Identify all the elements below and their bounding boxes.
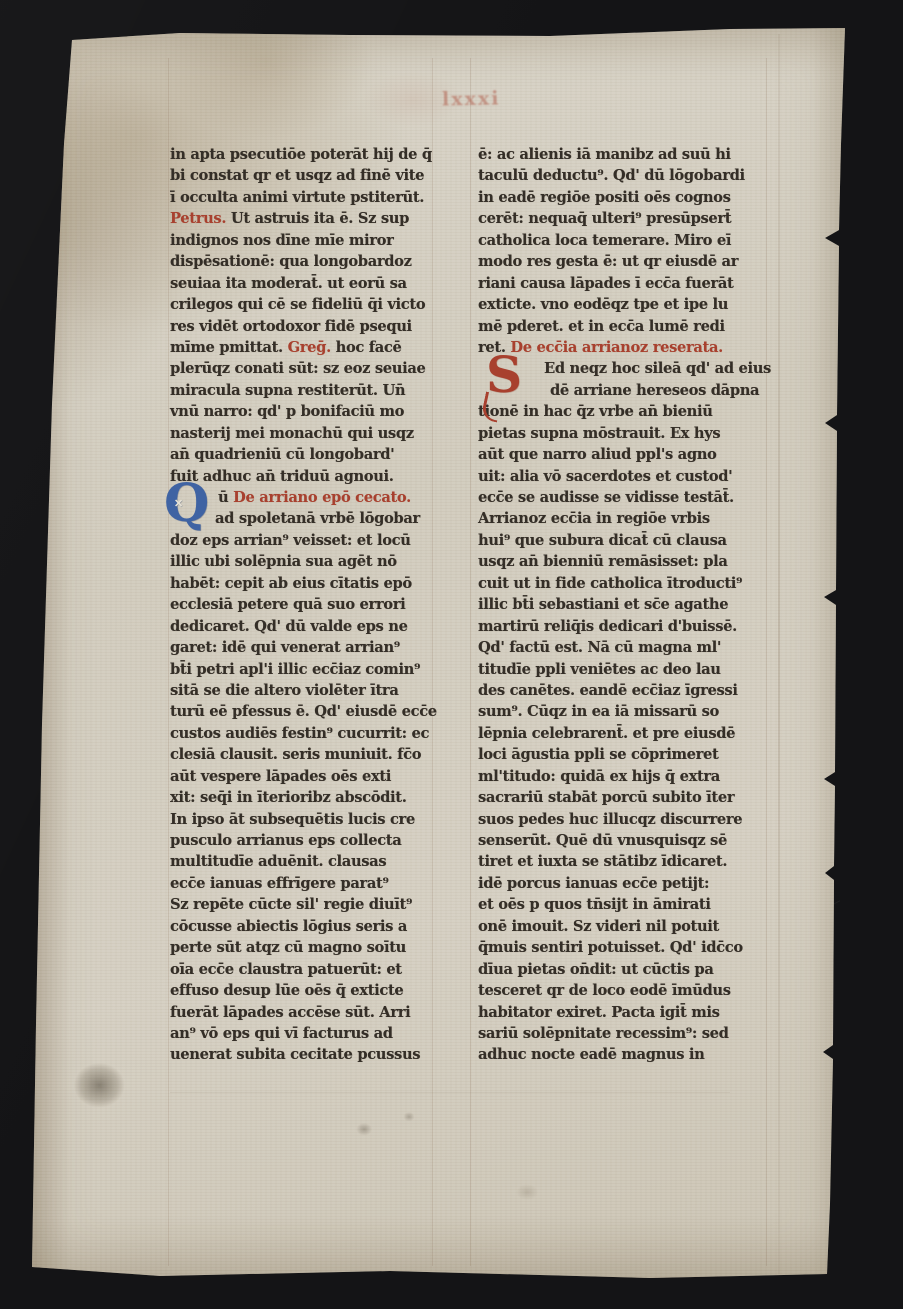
text-line: vnū narro: qd' p bonifaciū mo <box>170 401 452 422</box>
body-text: usqz an̄ bienniū remāsisset: pla <box>478 553 728 570</box>
text-line: hui⁹ que subura dicat̄ cū clausa <box>478 530 774 551</box>
text-line: riani causa lāpades ī ecc̄a fuerāt <box>478 273 774 294</box>
body-text: plerūqz conati sūt: sz eoz seuiae <box>170 360 425 377</box>
text-column-right: ē: ac alienis iā manibz ad suū hitaculū … <box>478 144 774 1066</box>
body-text: ecc̄e se audisse se vidisse testāt̄. <box>478 489 734 506</box>
body-text: nasterij mei monachū qui usqz <box>170 425 414 442</box>
text-line: ecc̄e se audisse se vidisse testāt̄. <box>478 487 774 508</box>
body-text: fuit adhuc an̄ triduū agnoui. <box>170 468 394 485</box>
body-text: des canētes. eandē ecc̄iaz īgressi <box>478 682 738 699</box>
text-line: mē pderet. et in ecc̄a lumē redi <box>478 316 774 337</box>
body-text: dīua pietas on̄dit: ut cūctis pa <box>478 961 713 978</box>
body-text: mē pderet. et in ecc̄a lumē redi <box>478 318 725 335</box>
text-line: an̄ quadrieniū cū longobard' <box>170 444 452 465</box>
text-line: cuit ut in fide catholica ītroducti⁹ <box>478 573 774 594</box>
text-line: Qd' factū est. Nā cū magna ml' <box>478 637 774 658</box>
body-text: ecclesiā petere quā suo errori <box>170 596 405 613</box>
body-text: cuit ut in fide catholica ītroducti⁹ <box>478 575 742 592</box>
text-line: senserūt. Quē dū vnusquisqz sē <box>478 830 774 851</box>
body-text: riani causa lāpades ī ecc̄a fuerāt <box>478 275 733 292</box>
text-line: ml'titudo: quidā ex hijs q̄ extra <box>478 766 774 787</box>
body-text: Sz repēte cūcte sil' regie diuīt⁹ <box>170 896 412 913</box>
text-line: Petrus. Ut astruis ita ē. Sz sup <box>170 208 452 229</box>
photo-background: lxxxi in apta psecutiōe poterāt hij de q… <box>0 0 903 1309</box>
body-text: senserūt. Quē dū vnusquisqz sē <box>478 832 727 849</box>
text-line: titudīe ppli veniētes ac deo lau <box>478 659 774 680</box>
rubric-text: De ecc̄ia arrianoz reserata. <box>510 339 723 356</box>
text-line: mīme pmittat. Greḡ. hoc facē <box>170 337 452 358</box>
text-line: oīa ecc̄e claustra patuerūt: et <box>170 959 452 980</box>
body-text: ad spoletanā vrbē lōgobar <box>215 510 420 527</box>
body-text: dedicaret. Qd' dū valde eps ne <box>170 618 408 635</box>
text-line: cōcusse abiectis lōgius seris a <box>170 916 452 937</box>
body-text: ml'titudo: quidā ex hijs q̄ extra <box>478 768 720 785</box>
text-line: tesceret qr de loco eodē īmūdus <box>478 980 774 1001</box>
body-text: doz eps arrian⁹ veisset: et locū <box>170 532 411 549</box>
body-text: lēpnia celebrarent̄. et pre eiusdē <box>478 725 735 742</box>
text-line: sitā se die altero violēter ītra <box>170 680 452 701</box>
body-text: adhuc nocte eadē magnus in <box>478 1046 704 1063</box>
text-line: ad spoletanā vrbē lōgobar <box>170 508 452 529</box>
text-line: doz eps arrian⁹ veisset: et locū <box>170 530 452 551</box>
text-line: tiret et iuxta se stātibz īdicaret. <box>478 851 774 872</box>
text-line: des canētes. eandē ecc̄iaz īgressi <box>478 680 774 701</box>
text-line: xit: seq̄i in īterioribz abscōdit. <box>170 787 452 808</box>
text-line: clesiā clausit. seris muniuit. fc̄o <box>170 744 452 765</box>
body-text: aūt vespere lāpades oēs exti <box>170 768 391 785</box>
text-line: cerēt: nequaq̄ ulteri⁹ presūpsert̄ <box>478 208 774 229</box>
text-line: modo res gesta ē: ut qr eiusdē ar <box>478 251 774 272</box>
body-text: res vidēt ortodoxor fidē psequi <box>170 318 412 335</box>
body-text: Arrianoz ecc̄ia in regiōe vrbis <box>478 510 710 527</box>
text-line: aūt vespere lāpades oēs exti <box>170 766 452 787</box>
ruling-line-col1-left <box>168 58 169 1266</box>
text-line: ī occulta animi virtute pstiterūt. <box>170 187 452 208</box>
text-line: pusculo arrianus eps collecta <box>170 830 452 851</box>
text-line: dispēsationē: qua longobardoz <box>170 251 452 272</box>
body-text: hoc facē <box>331 339 402 356</box>
body-text: Qd' factū est. Nā cū magna ml' <box>478 639 721 656</box>
text-line: q̄muis sentiri potuisset. Qd' idc̄co <box>478 937 774 958</box>
body-text: pietas supna mōstrauit. Ex hys <box>478 425 720 442</box>
rubric-text: Petrus. <box>170 210 226 227</box>
text-line: seuiaa ita moderat̄. ut eorū sa <box>170 273 452 294</box>
fold-crease <box>778 34 780 1274</box>
body-text: onē imouit. Sz videri nil potuit <box>478 918 719 935</box>
body-text: turū eē pfessus ē. Qd' eiusdē ecc̄e <box>170 703 437 720</box>
text-line: suos pedes huc illucqz discurrere <box>478 809 774 830</box>
body-text: in apta psecutiōe poterāt hij de q̄ <box>170 146 432 163</box>
text-line: an⁹ vō eps qui vī facturus ad <box>170 1023 452 1044</box>
body-text: titudīe ppli veniētes ac deo lau <box>478 661 721 678</box>
body-text: bt̄i petri apl'i illic ecc̄iaz comin⁹ <box>170 661 420 678</box>
body-text: tionē in hac q̄z vrbe an̄ bieniū <box>478 403 713 420</box>
text-line: fuerāt lāpades accēse sūt. Arri <box>170 1002 452 1023</box>
text-line: habitator exiret. Pacta igit̄ mis <box>478 1002 774 1023</box>
body-text: cōcusse abiectis lōgius seris a <box>170 918 407 935</box>
body-text: an⁹ vō eps qui vī facturus ad <box>170 1025 393 1042</box>
text-line: adhuc nocte eadē magnus in <box>478 1044 774 1065</box>
text-line: sariū solēpnitate recessim⁹: sed <box>478 1023 774 1044</box>
body-text: illic bt̄i sebastiani et sc̄e agathe <box>478 596 728 613</box>
body-text: cerēt: nequaq̄ ulteri⁹ presūpsert̄ <box>478 210 731 227</box>
text-line: usqz an̄ bienniū remāsisset: pla <box>478 551 774 572</box>
body-text: ecc̄e ianuas effrīgere parat⁹ <box>170 875 389 892</box>
body-text: tiret et iuxta se stātibz īdicaret. <box>478 853 727 870</box>
text-line: illic bt̄i sebastiani et sc̄e agathe <box>478 594 774 615</box>
body-text: q̄muis sentiri potuisset. Qd' idc̄co <box>478 939 743 956</box>
body-text: taculū deductu⁹. Qd' dū lōgobardi <box>478 167 745 184</box>
text-line: crilegos qui cē se fideliū q̄i victo <box>170 294 452 315</box>
body-text: pusculo arrianus eps collecta <box>170 832 401 849</box>
body-text: multitudīe aduēnit. clausas <box>170 853 386 870</box>
body-text: xit: seq̄i in īterioribz abscōdit. <box>170 789 407 806</box>
ruling-line-horizontal <box>170 1092 730 1093</box>
text-line: et oēs p quos tn̄sijt in āmirati <box>478 894 774 915</box>
body-text: mīme pmittat. <box>170 339 288 356</box>
body-text: indignos nos dīne mīe miror <box>170 232 393 249</box>
text-line: pietas supna mōstrauit. Ex hys <box>478 423 774 444</box>
body-text: uit: alia vō sacerdotes et custod' <box>478 468 732 485</box>
body-text: effuso desup lūe oēs q̄ exticte <box>170 982 403 999</box>
text-line: Ed neqz hoc sileā qd' ad eius <box>478 358 774 379</box>
body-text: sariū solēpnitate recessim⁹: sed <box>478 1025 729 1042</box>
body-text: ī occulta animi virtute pstiterūt. <box>170 189 424 206</box>
folio-number: lxxxi <box>442 87 501 110</box>
text-line: bi constat qr et usqz ad finē vite <box>170 165 452 186</box>
body-text: clesiā clausit. seris muniuit. fc̄o <box>170 746 421 763</box>
body-text: bi constat qr et usqz ad finē vite <box>170 167 424 184</box>
text-line: loci āgustia ppli se cōprimeret <box>478 744 774 765</box>
body-text: ē: ac alienis iā manibz ad suū hi <box>478 146 731 163</box>
body-text: ū <box>218 489 233 506</box>
body-text: sacrariū stabāt porcū subito īter <box>478 789 734 806</box>
ruling-line-col2-left <box>470 58 471 1266</box>
text-line: garet: idē qui venerat arrian⁹ <box>170 637 452 658</box>
body-text: catholica loca temerare. Miro eī <box>478 232 731 249</box>
text-column-left: in apta psecutiōe poterāt hij de q̄bi co… <box>170 144 452 1066</box>
body-text: habitator exiret. Pacta igit̄ mis <box>478 1004 720 1021</box>
text-line: ecclesiā petere quā suo errori <box>170 594 452 615</box>
text-line: effuso desup lūe oēs q̄ exticte <box>170 980 452 1001</box>
body-text: hui⁹ que subura dicat̄ cū clausa <box>478 532 727 549</box>
body-text: et oēs p quos tn̄sijt in āmirati <box>478 896 711 913</box>
text-line: multitudīe aduēnit. clausas <box>170 851 452 872</box>
text-line: ecc̄e ianuas effrīgere parat⁹ <box>170 873 452 894</box>
text-line: plerūqz conati sūt: sz eoz seuiae <box>170 358 452 379</box>
text-line: miracula supna restiterūt. Un̄ <box>170 380 452 401</box>
text-line: bt̄i petri apl'i illic ecc̄iaz comin⁹ <box>170 659 452 680</box>
text-line: Arrianoz ecc̄ia in regiōe vrbis <box>478 508 774 529</box>
body-text: aūt que narro aliud ppl's agno <box>478 446 717 463</box>
body-text: modo res gesta ē: ut qr eiusdē ar <box>478 253 738 270</box>
text-line: tionē in hac q̄z vrbe an̄ bieniū <box>478 401 774 422</box>
body-text: oīa ecc̄e claustra patuerūt: et <box>170 961 402 978</box>
text-line: exticte. vno eodēqz tpe et ipe lu <box>478 294 774 315</box>
text-line: aūt que narro aliud ppl's agno <box>478 444 774 465</box>
text-line: martirū reliq̄is dedicari d'buissē. <box>478 616 774 637</box>
text-line: indignos nos dīne mīe miror <box>170 230 452 251</box>
body-text: an̄ quadrieniū cū longobard' <box>170 446 394 463</box>
body-text: Ut astruis ita ē. Sz sup <box>226 210 409 227</box>
text-line: lēpnia celebrarent̄. et pre eiusdē <box>478 723 774 744</box>
body-text: illic ubi solēpnia sua agēt nō <box>170 553 397 570</box>
body-text: idē porcus ianuas ecc̄e petijt: <box>478 875 709 892</box>
body-text: Ed neqz hoc sileā qd' ad eius <box>544 360 771 377</box>
rubric-text: De arriano epō cecato. <box>233 489 411 506</box>
body-text: in eadē regiōe positi oēs cognos <box>478 189 731 206</box>
text-line: turū eē pfessus ē. Qd' eiusdē ecc̄e <box>170 701 452 722</box>
body-text: sitā se die altero violēter ītra <box>170 682 398 699</box>
text-line: uenerat subita cecitate pcussus <box>170 1044 452 1065</box>
text-line: res vidēt ortodoxor fidē psequi <box>170 316 452 337</box>
text-line: dē arriane hereseos dāpna <box>478 380 774 401</box>
text-line: habēt: cepit ab eius cītatis epō <box>170 573 452 594</box>
body-text: fuerāt lāpades accēse sūt. Arri <box>170 1004 410 1021</box>
body-text: ret. <box>478 339 510 356</box>
text-line: in eadē regiōe positi oēs cognos <box>478 187 774 208</box>
text-line: dīua pietas on̄dit: ut cūctis pa <box>478 959 774 980</box>
text-line: dedicaret. Qd' dū valde eps ne <box>170 616 452 637</box>
text-line: custos audiēs festin⁹ cucurrit: ec <box>170 723 452 744</box>
text-line: perte sūt atqz cū magno soītu <box>170 937 452 958</box>
body-text: habēt: cepit ab eius cītatis epō <box>170 575 412 592</box>
body-text: vnū narro: qd' p bonifaciū mo <box>170 403 404 420</box>
body-text: dispēsationē: qua longobardoz <box>170 253 412 270</box>
body-text: loci āgustia ppli se cōprimeret <box>478 746 718 763</box>
body-text: uenerat subita cecitate pcussus <box>170 1046 420 1063</box>
body-text: crilegos qui cē se fideliū q̄i victo <box>170 296 425 313</box>
text-line: nasterij mei monachū qui usqz <box>170 423 452 444</box>
body-text: martirū reliq̄is dedicari d'buissē. <box>478 618 737 635</box>
text-line: ū De arriano epō cecato. <box>170 487 452 508</box>
body-text: tesceret qr de loco eodē īmūdus <box>478 982 731 999</box>
text-line: ret. De ecc̄ia arrianoz reserata. <box>478 337 774 358</box>
text-line: idē porcus ianuas ecc̄e petijt: <box>478 873 774 894</box>
text-line: illic ubi solēpnia sua agēt nō <box>170 551 452 572</box>
text-line: in apta psecutiōe poterāt hij de q̄ <box>170 144 452 165</box>
text-line: sum⁹. Cūqz in ea iā missarū so <box>478 701 774 722</box>
body-text: custos audiēs festin⁹ cucurrit: ec <box>170 725 429 742</box>
text-line: Sz repēte cūcte sil' regie diuīt⁹ <box>170 894 452 915</box>
body-text: perte sūt atqz cū magno soītu <box>170 939 406 956</box>
text-line: onē imouit. Sz videri nil potuit <box>478 916 774 937</box>
manuscript-leaf: lxxxi in apta psecutiōe poterāt hij de q… <box>30 24 845 1280</box>
body-text: garet: idē qui venerat arrian⁹ <box>170 639 400 656</box>
text-line: fuit adhuc an̄ triduū agnoui. <box>170 466 452 487</box>
body-text: In ipso āt subsequētis lucis cre <box>170 811 415 828</box>
rubric-text: Greḡ. <box>288 339 331 356</box>
body-text: sum⁹. Cūqz in ea iā missarū so <box>478 703 719 720</box>
body-text: suos pedes huc illucqz discurrere <box>478 811 742 828</box>
body-text: exticte. vno eodēqz tpe et ipe lu <box>478 296 728 313</box>
text-line: taculū deductu⁹. Qd' dū lōgobardi <box>478 165 774 186</box>
text-line: uit: alia vō sacerdotes et custod' <box>478 466 774 487</box>
body-text: seuiaa ita moderat̄. ut eorū sa <box>170 275 407 292</box>
text-line: catholica loca temerare. Miro eī <box>478 230 774 251</box>
text-line: ē: ac alienis iā manibz ad suū hi <box>478 144 774 165</box>
text-line: sacrariū stabāt porcū subito īter <box>478 787 774 808</box>
body-text: dē arriane hereseos dāpna <box>550 382 759 399</box>
text-line: In ipso āt subsequētis lucis cre <box>170 809 452 830</box>
body-text: miracula supna restiterūt. Un̄ <box>170 382 405 399</box>
